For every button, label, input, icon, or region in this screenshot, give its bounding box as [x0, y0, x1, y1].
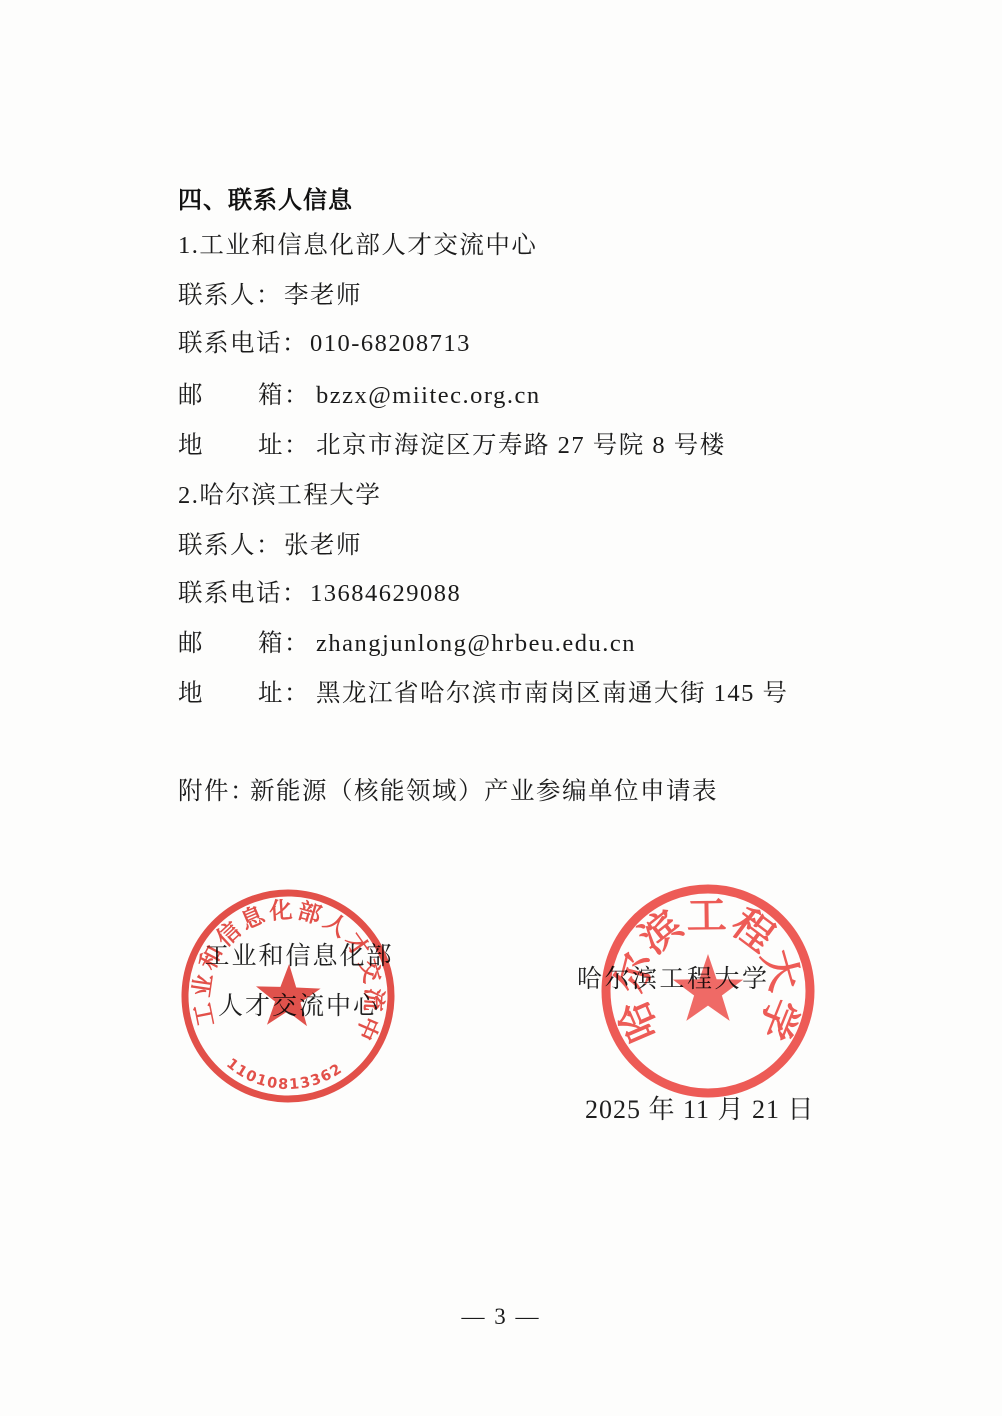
org2-email-row: 邮箱：zhangjunlong@hrbeu.edu.cn	[178, 629, 636, 660]
org2-phone-row: 联系电话：13684629088	[178, 579, 461, 610]
address-label-a: 地	[178, 432, 204, 459]
contact-label: 联系人：	[178, 532, 282, 559]
org2-contact-row: 联系人：张老师	[178, 531, 362, 562]
org1-phone-value: 010-68208713	[310, 330, 471, 357]
org1-phone-row: 联系电话：010-68208713	[178, 329, 471, 360]
org2-email-value: zhangjunlong@hrbeu.edu.cn	[316, 630, 636, 657]
signer-right-name: 哈尔滨工程大学	[577, 959, 770, 995]
org1-address-value: 北京市海淀区万寿路 27 号院 8 号楼	[316, 432, 726, 459]
signer-left-line1: 工业和信息化部	[178, 936, 420, 972]
signer-left-line2: 人才交流中心	[178, 986, 420, 1022]
attachment-value: 新能源（核能领域）产业参编单位申请表	[250, 778, 718, 805]
org2-address-value: 黑龙江省哈尔滨市南岗区南通大街 145 号	[316, 680, 789, 707]
contact-label: 联系人：	[178, 282, 282, 309]
org2-contact-value: 张老师	[284, 532, 362, 559]
email-label-b: 箱：	[258, 381, 310, 412]
org1-email-value: bzzx@miitec.org.cn	[316, 382, 541, 409]
org1-title: 1.工业和信息化部人才交流中心	[178, 231, 537, 262]
org2-address-row: 地址：黑龙江省哈尔滨市南岗区南通大街 145 号	[178, 679, 789, 710]
document-page: 四、联系人信息 1.工业和信息化部人才交流中心 联系人：李老师 联系电话：010…	[0, 0, 1002, 1416]
email-label-a: 邮	[178, 630, 204, 657]
section-heading: 四、联系人信息	[178, 186, 353, 216]
attachment-label: 附件：	[178, 778, 256, 805]
attachment-row: 附件：新能源（核能领域）产业参编单位申请表	[178, 777, 718, 808]
org1-contact-row: 联系人：李老师	[178, 281, 362, 312]
org1-contact-value: 李老师	[284, 282, 362, 309]
phone-label: 联系电话：	[178, 330, 308, 357]
org2-title: 2.哈尔滨工程大学	[178, 481, 381, 512]
org1-address-row: 地址：北京市海淀区万寿路 27 号院 8 号楼	[178, 431, 726, 462]
signature-date: 2025 年 11 月 21 日	[585, 1089, 815, 1126]
email-label-a: 邮	[178, 382, 204, 409]
org1-email-row: 邮箱：bzzx@miitec.org.cn	[178, 381, 541, 412]
address-label-a: 地	[178, 680, 204, 707]
phone-label: 联系电话：	[178, 580, 308, 607]
page-number: — 3 —	[0, 1304, 1002, 1330]
address-label-b: 址：	[258, 431, 310, 462]
email-label-b: 箱：	[258, 629, 310, 660]
address-label-b: 址：	[258, 679, 310, 710]
org2-phone-value: 13684629088	[310, 580, 461, 607]
